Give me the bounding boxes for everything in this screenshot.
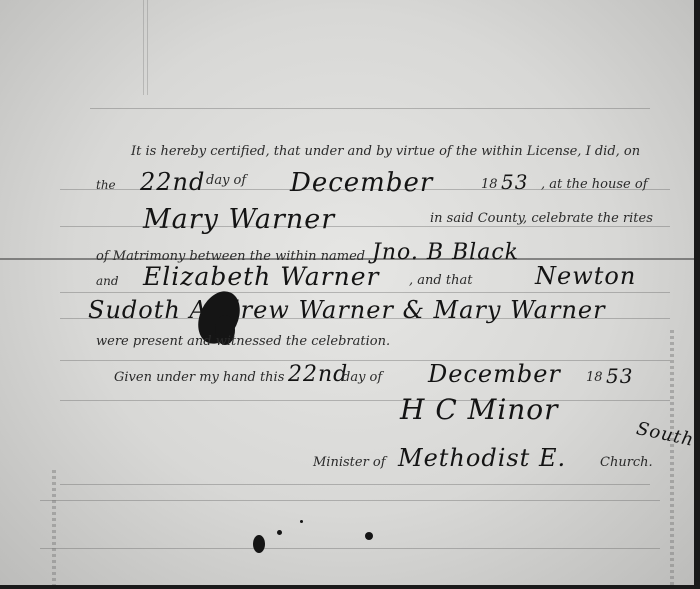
handwritten-witnesses: Sudoth Andrew Warner & Mary Warner <box>88 296 606 324</box>
label-and: and <box>96 274 119 288</box>
ruled-line <box>40 548 660 549</box>
scan-edge-right <box>694 0 700 589</box>
minister-signature: H C Minor <box>400 393 559 426</box>
handwritten-groom: Jno. B Black <box>372 240 519 265</box>
handwritten-given-month: December <box>428 360 561 388</box>
document-page: It is hereby certified, that under and b… <box>0 0 694 585</box>
handwritten-house-owner: Mary Warner <box>143 204 335 235</box>
handwritten-denomination: Methodist E. <box>398 444 566 472</box>
label-and-that: , and that <box>409 273 472 288</box>
ink-speck <box>365 532 373 540</box>
ruled-line <box>147 0 148 95</box>
ruled-line <box>143 0 144 95</box>
certification-text: It is hereby certified, that under and b… <box>131 144 640 159</box>
handwritten-church-addendum: South <box>634 418 694 451</box>
label-church: Church. <box>600 455 653 470</box>
ink-speck <box>300 520 303 523</box>
label-at-house-of: , at the house of <box>541 177 648 192</box>
label-given-under-hand: Given under my hand this <box>114 370 284 385</box>
ink-speck <box>253 535 265 553</box>
ruled-line <box>40 500 660 501</box>
given-year-prefix: 18 <box>586 370 603 385</box>
handwritten-given-year: 53 <box>606 364 633 388</box>
ruled-line <box>60 360 670 361</box>
ruled-line <box>90 108 650 109</box>
handwritten-witness-first: Newton <box>535 262 636 290</box>
label-given-day-of: day of <box>342 370 382 385</box>
year-prefix: 18 <box>481 177 498 192</box>
label-day-of: day of <box>206 173 246 188</box>
label-the: the <box>96 178 116 192</box>
handwritten-day: 22nd <box>140 168 205 196</box>
handwritten-month: December <box>290 168 433 198</box>
ruled-line <box>60 484 650 485</box>
handwritten-bride: Elizabeth Warner <box>143 262 379 291</box>
handwritten-year: 53 <box>501 170 528 194</box>
witness-statement: were present and witnessed the celebrati… <box>96 334 390 349</box>
ink-speck <box>277 530 282 535</box>
ruled-line <box>60 400 670 401</box>
label-minister-of: Minister of <box>313 455 386 470</box>
decorative-border <box>670 330 674 585</box>
ruled-line <box>60 292 670 293</box>
scan-edge-bottom <box>0 585 700 589</box>
handwritten-given-day: 22nd <box>288 362 348 387</box>
decorative-border <box>52 470 56 585</box>
label-said-county: in said County, celebrate the rites <box>430 211 653 226</box>
